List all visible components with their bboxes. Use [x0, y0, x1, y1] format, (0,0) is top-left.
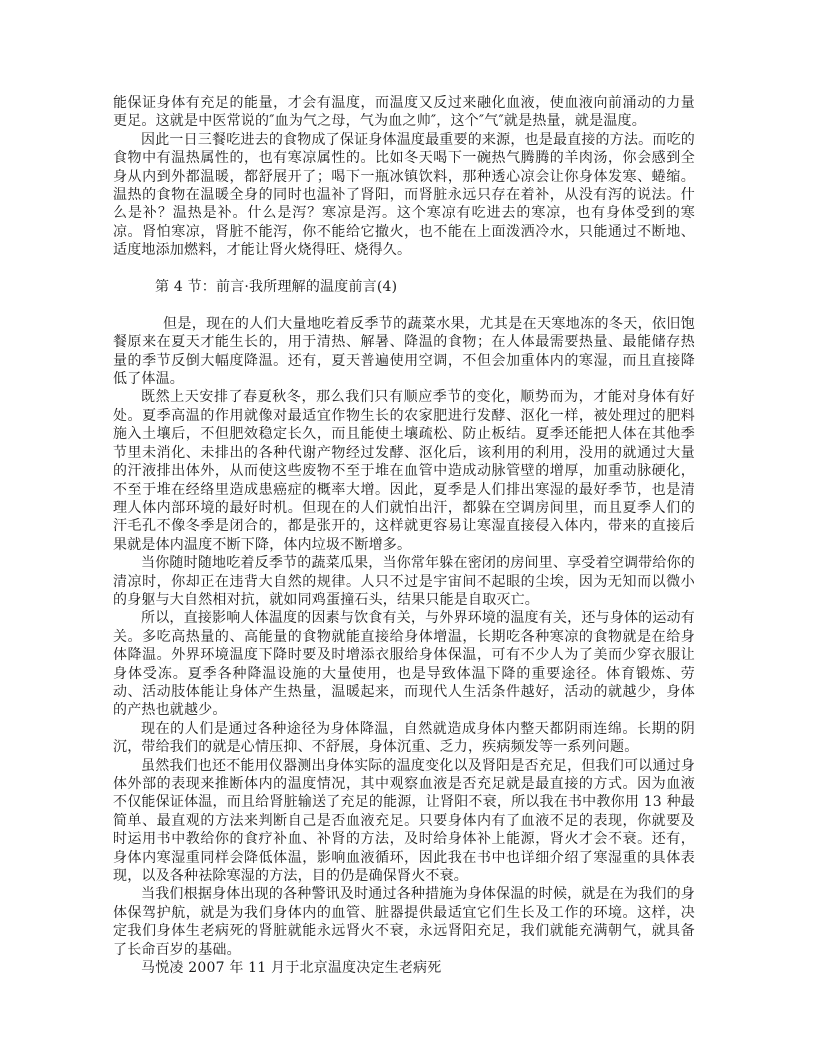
paragraph-protect-body: 当我们根据身体出现的各种警讯及时通过各种措施为身体保温的时候，就是在为我们的身体… [113, 885, 695, 959]
section-heading: 第 4 节：前言·我所理解的温度前言(4) [113, 278, 695, 296]
paragraph-observe-blood: 虽然我们也还不能用仪器测出身体实际的温度变化以及肾阳是否充足，但我们可以通过身体… [113, 757, 695, 886]
document-page: 能保证身体有充足的能量，才会有温度，而温度又反过来融化血液，使血液向前涌动的力量… [0, 0, 816, 1056]
paragraph-energy-continuation: 能保证身体有充足的能量，才会有温度，而温度又反过来融化血液，使血液向前涌动的力量… [113, 94, 695, 131]
blank-line [113, 296, 695, 314]
signature-line: 马悦凌 2007 年 11 月于北京温度决定生老病死 [113, 959, 695, 977]
paragraph-seasons-order: 既然上天安排了春夏秋冬，那么我们只有顺应季节的变化，顺势而为，才能对身体有好处。… [113, 388, 695, 554]
paragraph-against-nature: 当你随时随地吃着反季节的蔬菜瓜果，当你常年躲在密闭的房间里、享受着空调带给你的清… [113, 554, 695, 609]
paragraph-food-warmth: 因此一日三餐吃进去的食物成了保证身体温度最重要的来源，也是最直接的方法。而吃的食… [113, 131, 695, 260]
paragraph-temperature-factors: 所以，直接影响人体温度的因素与饮食有关，与外界环境的温度有关，还与身体的运动有关… [113, 609, 695, 719]
paragraph-cooling-consequences: 现在的人们是通过各种途径为身体降温，自然就造成身体内整天都阴雨连绵。长期的阴沉，… [113, 720, 695, 757]
paragraph-however-offseason: 但是，现在的人们大量地吃着反季节的蔬菜水果，尤其是在天寒地冻的冬天，依旧饱餐原来… [113, 315, 695, 389]
blank-line [113, 260, 695, 278]
